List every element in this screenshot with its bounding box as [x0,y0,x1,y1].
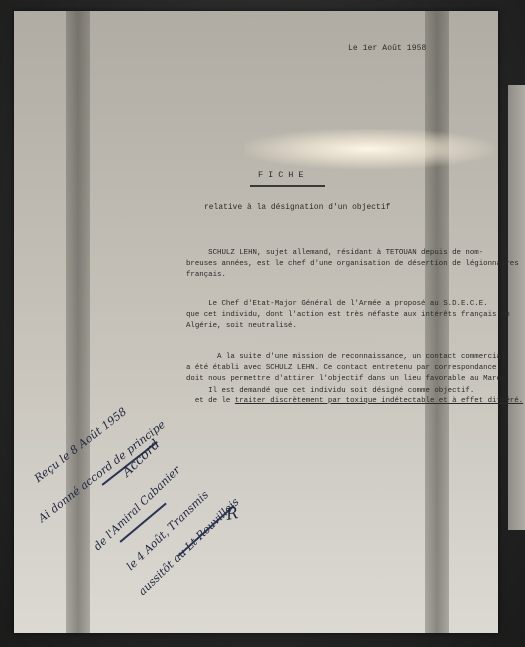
paragraph-3-text: A la suite d'une mission de reconnaissan… [186,353,505,383]
light-glare [244,129,494,169]
title-underline [250,185,325,187]
paragraph-3-last-prefix: et de le [195,397,235,405]
document-subtitle: relative à la désignation d'un objectif [204,203,390,214]
paragraph-1: SCHULZ LEHN, sujet allemand, résidant à … [186,248,486,281]
paragraph-2: Le Chef d'Etat-Major Général de l'Armée … [186,299,486,332]
paragraph-4: Il est demandé que cet individu soit dés… [186,386,486,397]
paragraph-3-underlined: traiter discrètement par toxique indétec… [235,397,523,405]
document-title: FICHE [258,170,309,181]
adjacent-document-edge [508,85,525,530]
paragraph-3: A la suite d'une mission de reconnaissan… [186,341,486,407]
mounting-strip-left [66,11,90,633]
document-date: Le 1er Août 1958 [348,44,426,55]
